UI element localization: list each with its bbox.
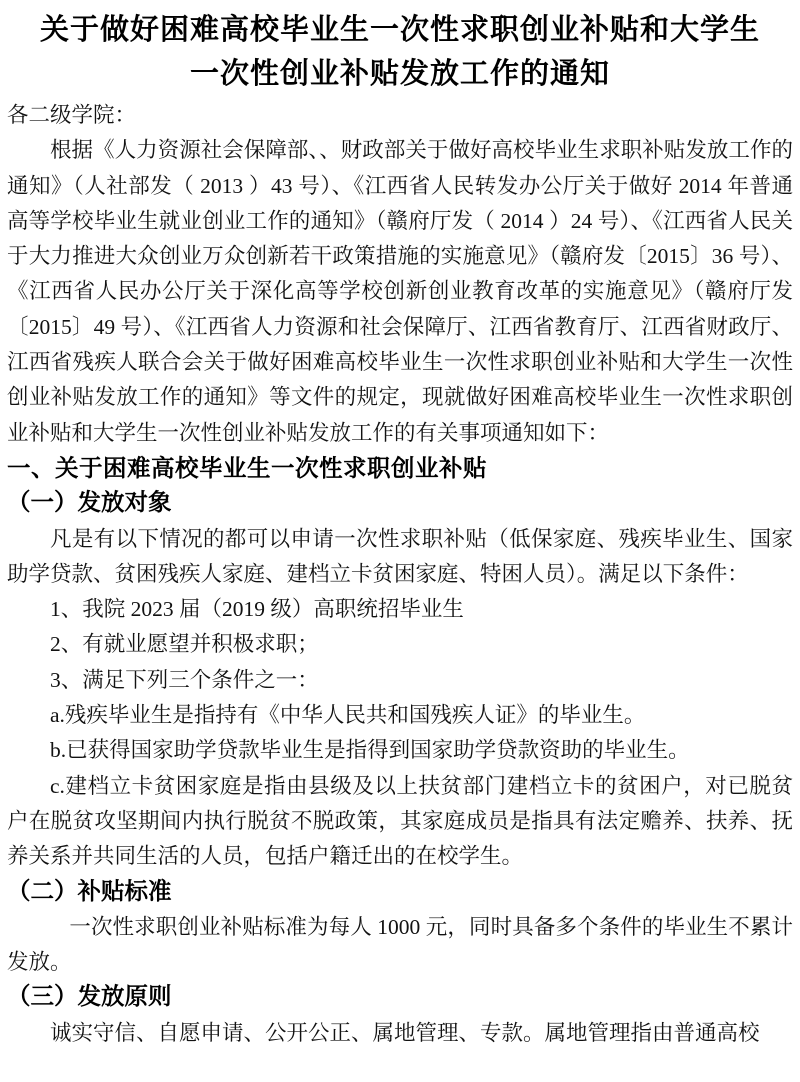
section-1-3-heading: （三）发放原则 — [7, 980, 793, 1015]
eligibility-paragraph: 凡是有以下情况的都可以申请一次性求职补贴（低保家庭、残疾毕业生、国家助学贷款、贫… — [7, 522, 793, 593]
salutation: 各二级学院： — [7, 98, 793, 133]
principles-paragraph: 诚实守信、自愿申请、公开公正、属地管理、专款。属地管理指由普通高校 — [7, 1016, 793, 1051]
document-body: 各二级学院： 根据《人力资源社会保障部、、财政部关于做好高校毕业生求职补贴发放工… — [7, 98, 793, 1051]
condition-detail-b: b.已获得国家助学贷款毕业生是指得到国家助学贷款资助的毕业生。 — [7, 733, 793, 768]
section-1-heading: 一、关于困难高校毕业生一次性求职创业补贴 — [7, 451, 793, 486]
document-page: 关于做好困难高校毕业生一次性求职创业补贴和大学生 一次性创业补贴发放工作的通知 … — [0, 0, 800, 1082]
document-title: 关于做好困难高校毕业生一次性求职创业补贴和大学生 一次性创业补贴发放工作的通知 — [7, 8, 793, 96]
document-title-line2: 一次性创业补贴发放工作的通知 — [7, 52, 793, 96]
section-1-1-heading: （一）发放对象 — [7, 486, 793, 521]
condition-detail-c: c.建档立卡贫困家庭是指由县级及以上扶贫部门建档立卡的贫困户，对已脱贫户在脱贫攻… — [7, 769, 793, 875]
condition-item-3: 3、满足下列三个条件之一： — [7, 663, 793, 698]
condition-item-1: 1、我院 2023 届（2019 级）高职统招毕业生 — [7, 592, 793, 627]
section-1-2-heading: （二）补贴标准 — [7, 875, 793, 910]
intro-paragraph: 根据《人力资源社会保障部、、财政部关于做好高校毕业生求职补贴发放工作的通知》（人… — [7, 133, 793, 451]
condition-detail-a: a.残疾毕业生是指持有《中华人民共和国残疾人证》的毕业生。 — [7, 698, 793, 733]
subsidy-standard-paragraph: 一次性求职创业补贴标准为每人 1000 元，同时具备多个条件的毕业生不累计发放。 — [7, 910, 793, 981]
condition-item-2: 2、有就业愿望并积极求职； — [7, 627, 793, 662]
document-title-line1: 关于做好困难高校毕业生一次性求职创业补贴和大学生 — [7, 8, 793, 52]
